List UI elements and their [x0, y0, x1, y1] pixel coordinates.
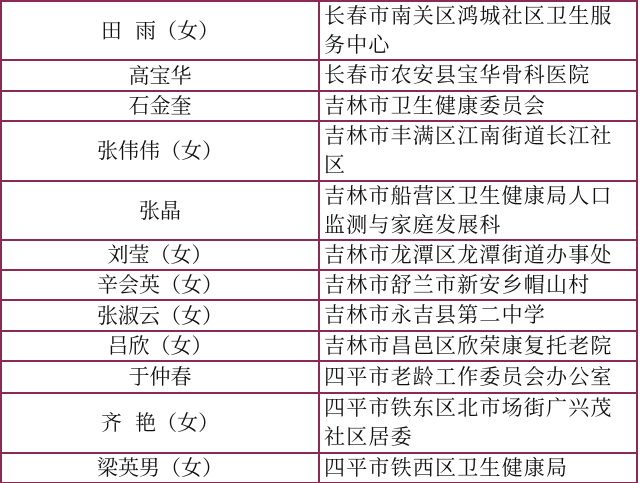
organization-text: 长春市南关区鸿城社区卫生服务中心: [324, 2, 624, 60]
organization-text: 吉林市昌邑区欣荣康复托老院: [324, 332, 624, 361]
table-row: 梁英男（女） 四平市铁西区卫生健康局: [2, 454, 636, 483]
organization-cell: 吉林市卫生健康委员会: [320, 92, 636, 120]
organization-cell: 吉林市丰满区江南街道长江社区: [320, 122, 636, 180]
organization-cell: 吉林市船营区卫生健康局人口监测与家庭发展科: [320, 182, 636, 239]
organization-text: 四平市老龄工作委员会办公室: [324, 363, 624, 392]
name-cell: 梁英男（女）: [2, 454, 320, 482]
table-row: 于仲春 四平市老龄工作委员会办公室: [2, 362, 636, 394]
honoree-table: 田 雨（女） 长春市南关区鸿城社区卫生服务中心 高宝华 长春市农安县宝华骨科医院…: [0, 0, 638, 483]
table-row: 刘莹（女） 吉林市龙潭区龙潭街道办事处: [2, 241, 636, 271]
organization-cell: 吉林市永吉县第二中学: [320, 301, 636, 330]
organization-text: 吉林市龙潭区龙潭街道办事处: [324, 241, 624, 270]
organization-cell: 吉林市龙潭区龙潭街道办事处: [320, 241, 636, 269]
organization-cell: 四平市铁东区北市场街广兴茂社区居委: [320, 394, 636, 452]
table-row: 张淑云（女） 吉林市永吉县第二中学: [2, 301, 636, 332]
name-cell: 田 雨（女）: [2, 2, 320, 59]
table-row: 齐 艳（女） 四平市铁东区北市场街广兴茂社区居委: [2, 394, 636, 454]
table-row: 张伟伟（女） 吉林市丰满区江南街道长江社区: [2, 122, 636, 182]
name-cell: 于仲春: [2, 362, 320, 392]
organization-text: 四平市铁东区北市场街广兴茂社区居委: [324, 394, 624, 452]
name-cell: 张伟伟（女）: [2, 122, 320, 180]
organization-cell: 长春市南关区鸿城社区卫生服务中心: [320, 2, 636, 59]
name-cell: 张淑云（女）: [2, 301, 320, 330]
organization-text: 吉林市舒兰市新安乡帽山村: [324, 271, 624, 300]
organization-cell: 四平市老龄工作委员会办公室: [320, 362, 636, 392]
organization-text: 吉林市永吉县第二中学: [324, 301, 624, 330]
organization-text: 吉林市丰满区江南街道长江社区: [324, 122, 624, 180]
organization-cell: 吉林市昌邑区欣荣康复托老院: [320, 332, 636, 360]
table-row: 张晶 吉林市船营区卫生健康局人口监测与家庭发展科: [2, 182, 636, 241]
name-cell: 齐 艳（女）: [2, 394, 320, 452]
table-row: 田 雨（女） 长春市南关区鸿城社区卫生服务中心: [2, 2, 636, 61]
name-cell: 张晶: [2, 182, 320, 239]
table-row: 辛会英（女） 吉林市舒兰市新安乡帽山村: [2, 271, 636, 301]
organization-cell: 四平市铁西区卫生健康局: [320, 454, 636, 482]
table-row: 石金奎 吉林市卫生健康委员会: [2, 92, 636, 122]
table-row: 吕欣（女） 吉林市昌邑区欣荣康复托老院: [2, 332, 636, 362]
organization-text: 吉林市船营区卫生健康局人口监测与家庭发展科: [324, 182, 624, 240]
name-cell: 吕欣（女）: [2, 332, 320, 360]
name-cell: 辛会英（女）: [2, 271, 320, 299]
organization-cell: 吉林市舒兰市新安乡帽山村: [320, 271, 636, 299]
table-row: 高宝华 长春市农安县宝华骨科医院: [2, 61, 636, 92]
organization-cell: 长春市农安县宝华骨科医院: [320, 61, 636, 90]
organization-text: 长春市农安县宝华骨科医院: [324, 61, 624, 90]
name-cell: 石金奎: [2, 92, 320, 120]
organization-text: 吉林市卫生健康委员会: [324, 92, 624, 121]
organization-text: 四平市铁西区卫生健康局: [324, 454, 624, 483]
name-cell: 刘莹（女）: [2, 241, 320, 269]
name-cell: 高宝华: [2, 61, 320, 90]
